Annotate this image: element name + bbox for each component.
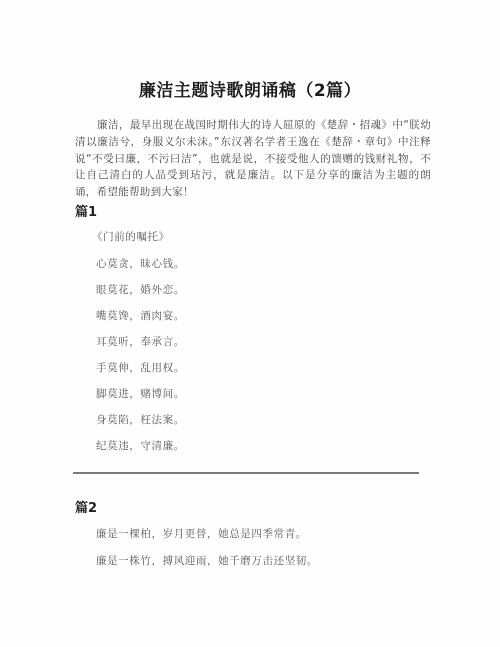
section-heading-2: 篇2 <box>75 497 97 516</box>
verse-line-1: 廉是一棵柏，岁月更替，她总是四季常青。 <box>96 526 307 541</box>
poem-title: 《门前的嘱托》 <box>92 229 170 244</box>
document-title: 廉洁主题诗歌朗诵稿（2篇） <box>0 76 500 101</box>
poem-line-5: 手莫伸，乱用权。 <box>96 360 185 375</box>
poem-line-1: 心莫贪，昧心钱。 <box>96 256 185 271</box>
section-heading-1: 篇1 <box>75 201 97 220</box>
poem-line-8: 纪莫违，守清廉。 <box>96 438 185 453</box>
poem-line-6: 脚莫进，赌博间。 <box>96 386 185 401</box>
intro-paragraph: 廉洁，最早出现在战国时期伟大的诗人屈原的《楚辞・招魂》中“朕幼清以廉洁兮，身服义… <box>75 117 431 201</box>
section-divider <box>73 472 419 474</box>
document-page: 廉洁主题诗歌朗诵稿（2篇） 廉洁，最早出现在战国时期伟大的诗人屈原的《楚辞・招魂… <box>0 0 500 647</box>
verse-line-2: 廉是一株竹，搏风迎雨，她千磨万击还坚韧。 <box>96 553 318 568</box>
poem-line-4: 耳莫听，奉承言。 <box>96 334 185 349</box>
poem-line-3: 嘴莫馋，酒肉宴。 <box>96 308 185 323</box>
poem-line-2: 眼莫花，婚外恋。 <box>96 282 185 297</box>
poem-line-7: 身莫陷，枉法案。 <box>96 412 185 427</box>
